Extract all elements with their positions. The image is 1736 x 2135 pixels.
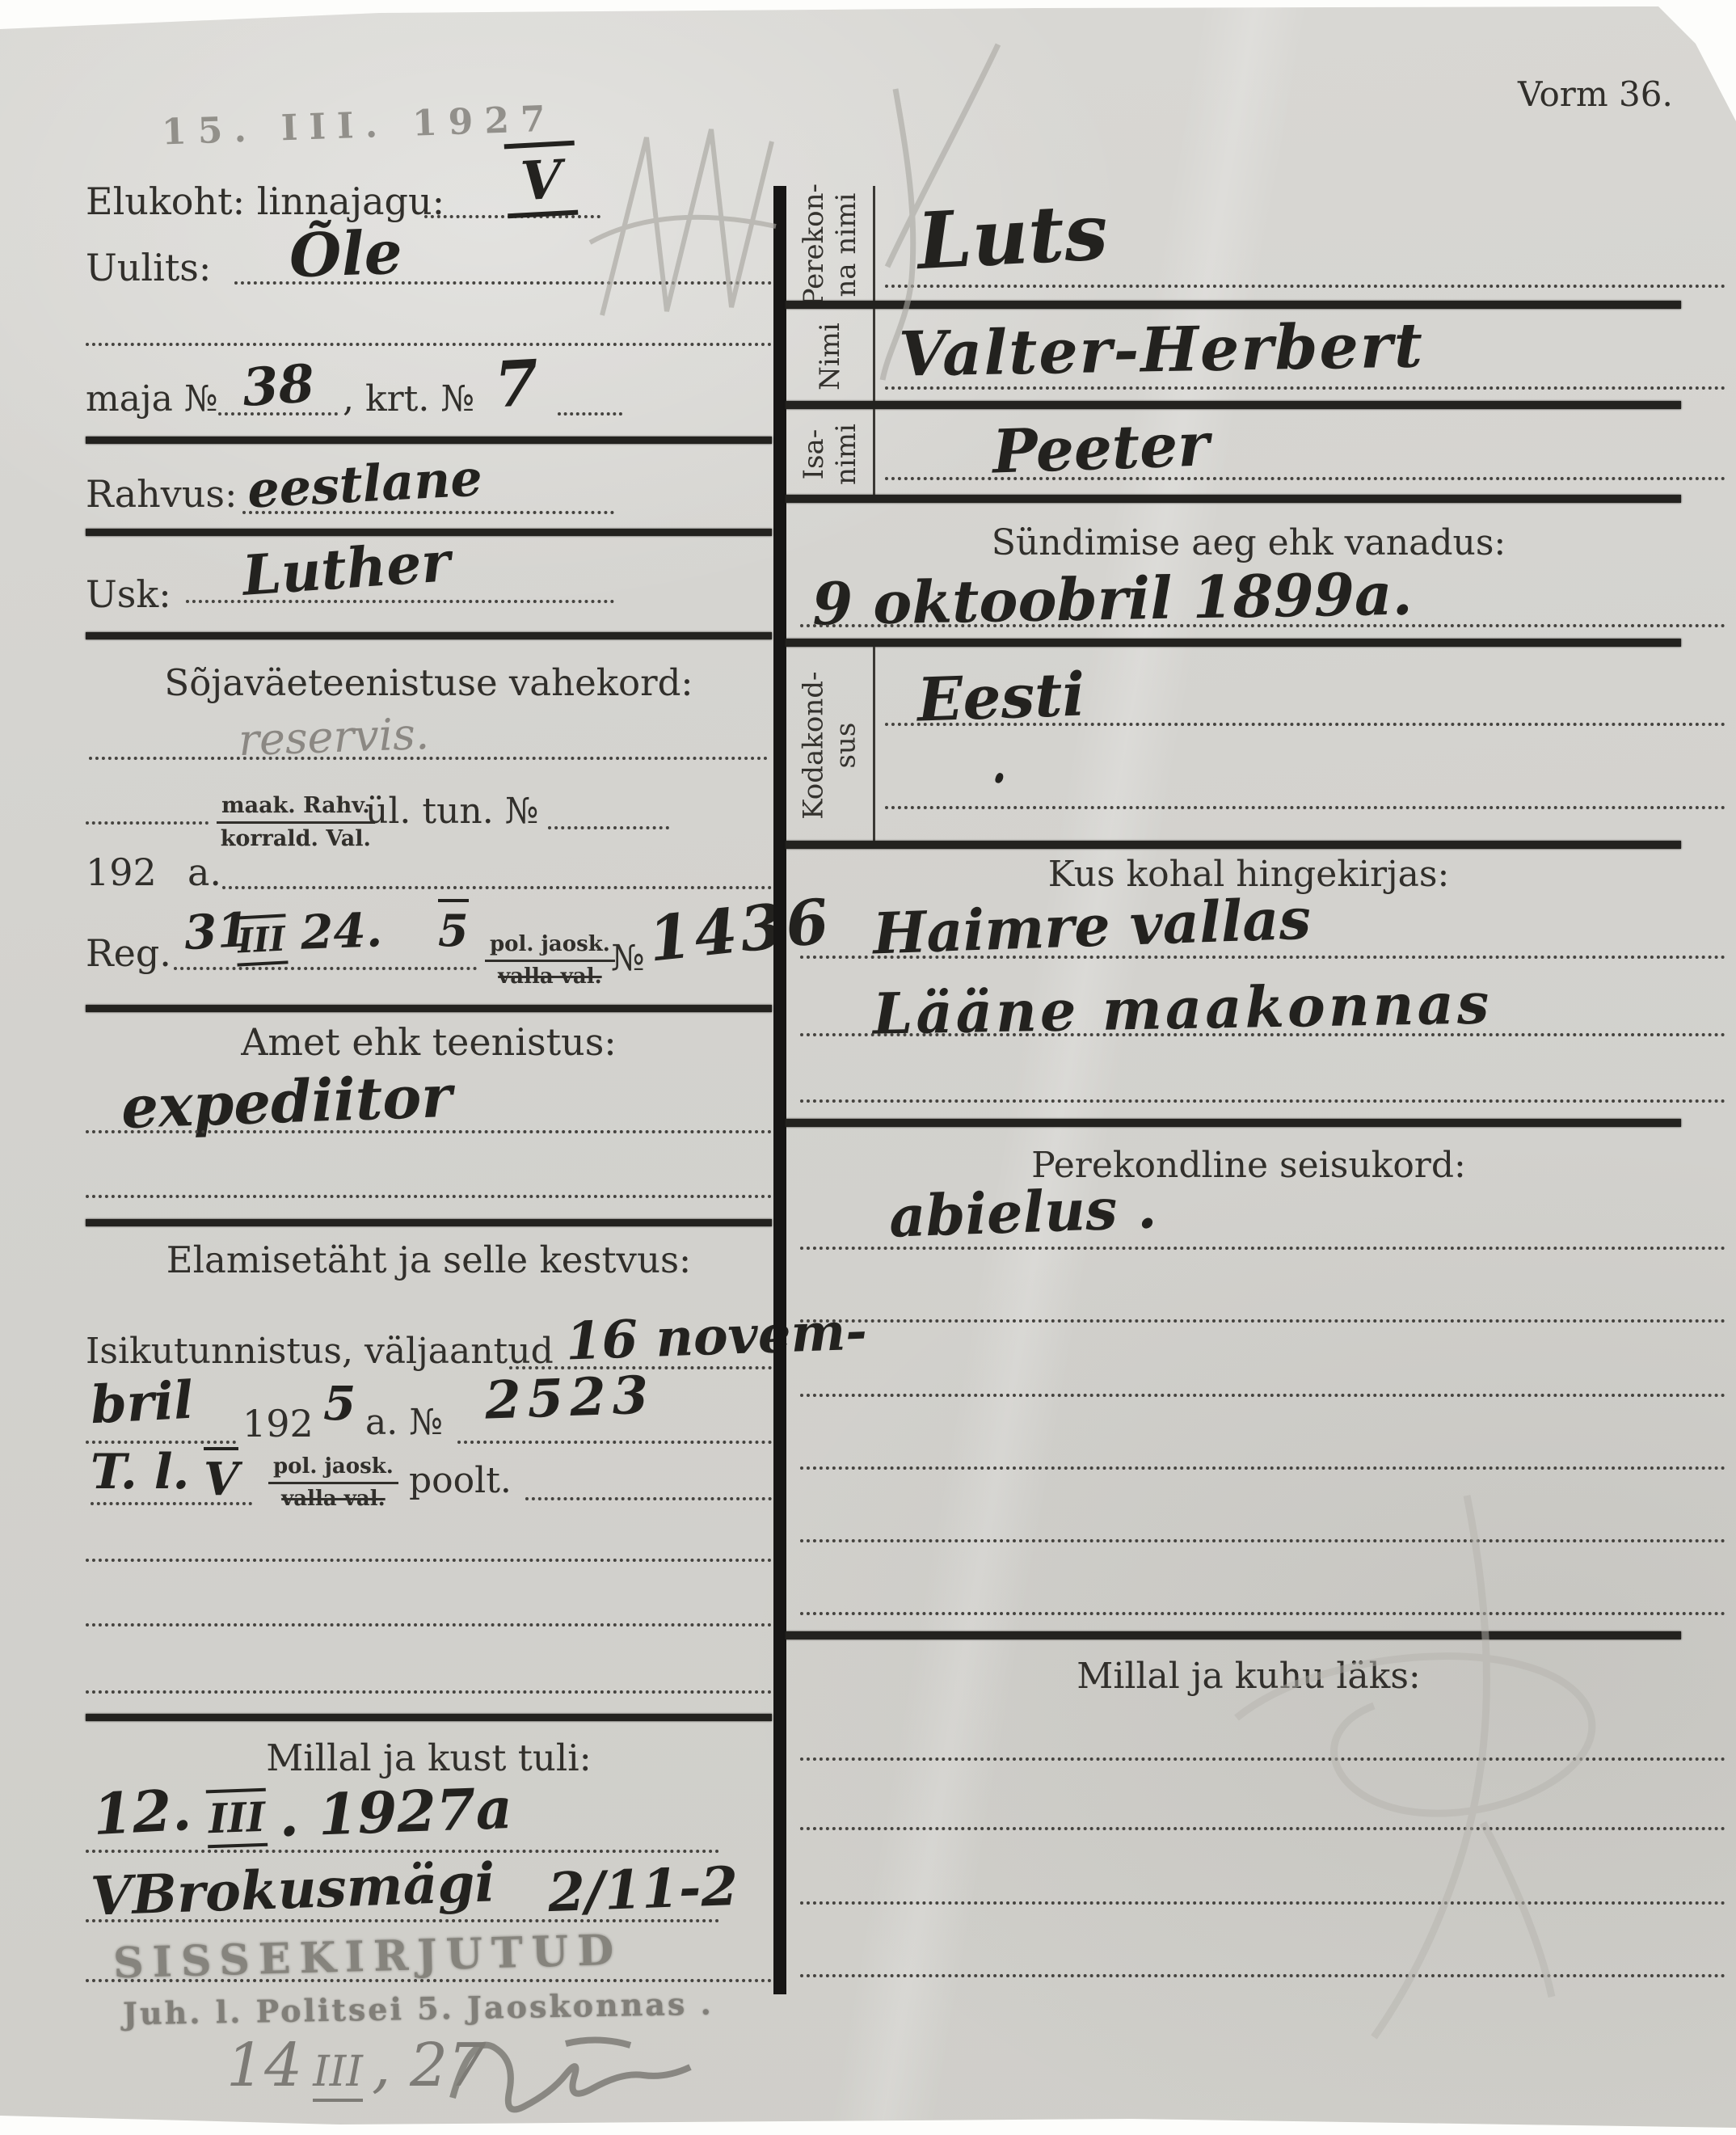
section-divider (86, 632, 772, 639)
issue-a-no-label: a. № (365, 1402, 443, 1443)
nationality-label: Rahvus: (86, 472, 237, 516)
poolt-label: poolt. (409, 1460, 512, 1501)
residence-permit-heading: Elamisetäht ja selle kestvus: (86, 1238, 772, 1281)
section-divider (786, 401, 1681, 409)
dotted-line (558, 412, 622, 416)
fraction-bottom-struck: valla val. (485, 962, 615, 990)
identity-card-number: 2523 (484, 1365, 656, 1431)
patronymic-value: Peeter (992, 410, 1211, 487)
firstname-label: Nimi (814, 323, 846, 390)
dotted-line (86, 1559, 772, 1562)
reg-hand-month: III (313, 2048, 363, 2102)
dotted-line (86, 1979, 772, 1982)
dotted-line (885, 477, 1725, 480)
county-fraction: maak. Rahv. korrald. Val. (217, 792, 375, 853)
dotted-line (86, 1690, 772, 1694)
form-number: Vorm 36. (1518, 74, 1673, 114)
section-divider (86, 1005, 772, 1012)
registration-form-page: 15. III. 1927 Vorm 36. Elukoht: linnajag… (0, 0, 1736, 2135)
dotted-line (800, 1539, 1725, 1542)
dotted-line (548, 826, 669, 829)
dotted-line (222, 886, 772, 889)
issue-year-printed: 192 (242, 1402, 314, 1445)
reg-fraction: pol. jaosk. valla val. (485, 931, 615, 989)
fraction-top: maak. Rahv. (217, 792, 375, 824)
dotted-line (525, 1497, 772, 1500)
house-no-label: maja № (86, 378, 217, 420)
section-divider (786, 639, 1681, 647)
district-value: V (504, 141, 579, 218)
street-value: Õle (289, 218, 404, 292)
issue-year-hand: 5 (323, 1376, 356, 1431)
residence-label: Elukoht: linnajagu: (86, 179, 445, 223)
dotted-line (800, 1827, 1725, 1830)
section-divider (786, 1119, 1681, 1127)
religion-label: Usk: (86, 572, 171, 616)
patronymic-label-box: Isa- nimi (786, 409, 874, 500)
issuer-prefix: T. l. (91, 1444, 189, 1500)
section-divider (86, 1219, 772, 1226)
marital-status-heading: Perekondline seisukord: (800, 1145, 1697, 1186)
dotted-line (885, 806, 1725, 809)
dotted-line (86, 1195, 772, 1198)
dotted-line (885, 723, 1725, 726)
reg-month-value: III (234, 913, 288, 966)
apartment-no-label: , krt. № (343, 378, 474, 420)
arrival-address-name: VBrokusmägi (90, 1850, 496, 1927)
apartment-no-value: 7 (493, 347, 541, 423)
house-no-value: 38 (240, 353, 316, 419)
dotted-line (800, 956, 1725, 959)
dotted-line (800, 1757, 1725, 1761)
dotted-line (800, 1319, 1725, 1323)
citizenship-label-box: Kodakond- sus (786, 647, 874, 845)
reg-year-value: 24. (300, 902, 383, 960)
reg-hand-day: 14 (226, 2031, 302, 2100)
dotted-line (800, 1099, 1725, 1103)
section-divider (786, 841, 1681, 849)
issuer-fraction: pol. jaosk. valla val. (268, 1454, 398, 1512)
identity-card-label: Isikutunnistus, väljaantud (86, 1331, 554, 1372)
dotted-line (86, 1130, 772, 1133)
fraction-bottom: korrald. Val. (217, 824, 375, 853)
section-divider (786, 495, 1681, 503)
firstname-label-box: Nimi (786, 309, 874, 404)
issuer-district-numeral: V (204, 1447, 238, 1506)
dotted-line (86, 1919, 719, 1922)
occupation-heading: Amet ehk teenistus: (86, 1020, 772, 1064)
departure-heading: Millal ja kuhu läks: (800, 1656, 1697, 1697)
birthdate-heading: Sündimise aeg ehk vanadus: (800, 522, 1697, 563)
dotted-line (800, 1466, 1725, 1470)
dotted-line (885, 386, 1725, 390)
dotted-line (800, 1901, 1725, 1905)
section-divider (786, 301, 1681, 309)
year-192-label: 192 (86, 850, 157, 894)
fraction-top: pol. jaosk. (485, 931, 615, 962)
column-divider-bar (773, 186, 786, 1994)
arrival-date-day: 12. (91, 1776, 193, 1848)
firstname-value: Valter-Herbert (898, 309, 1424, 390)
fraction-top: pol. jaosk. (268, 1454, 398, 1484)
arrival-date-month: III (206, 1788, 268, 1849)
arrival-date: 12. III . 1927a (93, 1778, 512, 1847)
dotted-line (800, 1974, 1725, 1977)
issue-date-value-1: 16 novem- (565, 1302, 868, 1373)
dotted-line (86, 1850, 719, 1853)
reg-label: Reg. (86, 931, 171, 975)
issue-date-value-2: bril (89, 1370, 195, 1437)
dotted-line (86, 1623, 772, 1627)
surname-value: Luts (915, 186, 1110, 287)
dotted-line (800, 1033, 1725, 1036)
fraction-bottom-struck: valla val. (268, 1484, 398, 1513)
dotted-line (91, 1502, 252, 1505)
surname-label-line2: na nimi (830, 193, 862, 297)
patronymic-label-line1: Isa- (798, 429, 830, 480)
dotted-line (885, 285, 1725, 288)
marital-status-value: abielus . (888, 1174, 1158, 1251)
arrival-heading: Millal ja kust tuli: (86, 1736, 772, 1779)
dotted-line (89, 757, 768, 760)
section-divider (86, 437, 772, 444)
citizenship-label-line1: Kodakond- (798, 672, 830, 820)
citizenship-label-line2: sus (830, 723, 862, 769)
surname-label-box: Perekon- na nimi (786, 186, 874, 304)
military-service-heading: Sõjaväeteenistuse vahekord: (86, 661, 772, 704)
arrival-date-year: . 1927a (278, 1774, 514, 1850)
year-a-label: a. (188, 850, 221, 894)
surname-label-line1: Perekon- (798, 184, 830, 306)
street-label: Uulits: (86, 246, 211, 289)
reg-no-label: № (611, 938, 645, 979)
dotted-line (174, 967, 477, 970)
reg-num-value: 5 (438, 899, 469, 956)
dotted-line (800, 624, 1725, 627)
registration-hand-date: 14 III , 27 (226, 2031, 486, 2102)
arrival-address-number: 2/11-2 (546, 1854, 739, 1924)
nationality-value: eestlane (246, 448, 483, 519)
dotted-line (457, 1441, 772, 1444)
certificate-no-label: ül. tun. № (365, 791, 538, 832)
arrival-address: VBrokusmägi 2/11-2 (91, 1858, 738, 1921)
dotted-line (800, 1394, 1725, 1397)
reg-hand-year: , 27 (372, 2031, 486, 2100)
section-divider (86, 1714, 772, 1721)
dotted-line (86, 343, 772, 346)
dotted-line (800, 1612, 1725, 1615)
dotted-line (86, 821, 209, 825)
patronymic-label-line2: nimi (830, 424, 862, 485)
section-divider (786, 1631, 1681, 1639)
dotted-line (800, 1247, 1725, 1250)
